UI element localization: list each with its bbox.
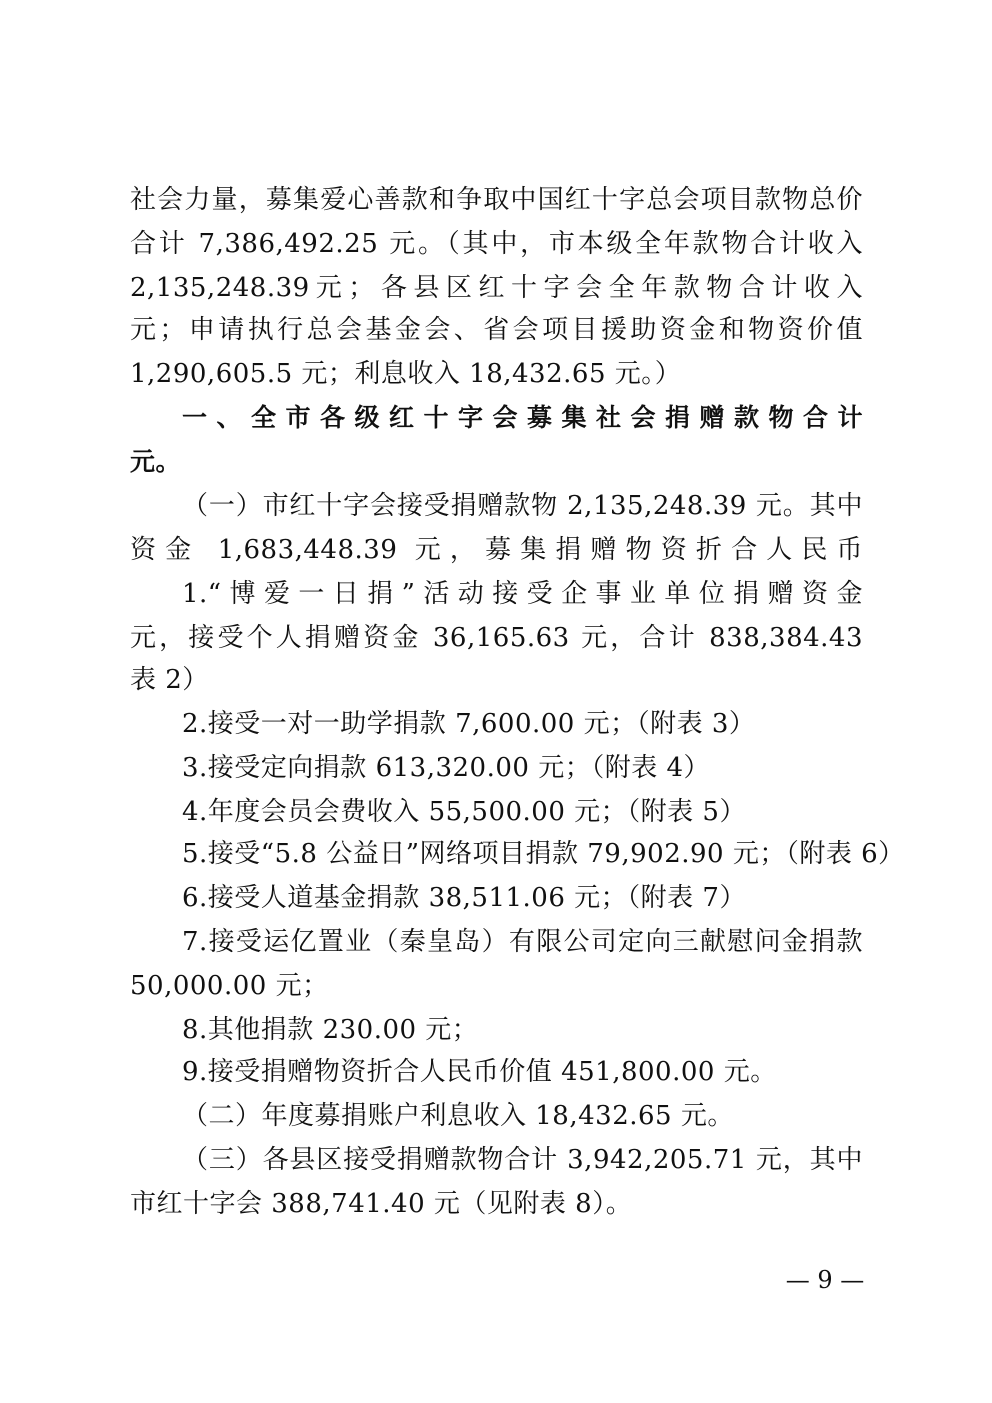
paragraph-line: 4.年度会员会费收入 55,500.00 元；（附表 5） xyxy=(182,792,863,832)
paragraph-line: 合计 7,386,492.25 元。（其中，市本级全年款物合计收入 xyxy=(130,224,863,264)
paragraph-line: 表 2） xyxy=(130,660,863,700)
paragraph-line: 资金 1,683,448.39 元，募集捐赠物资折合人民币 45,180.00 … xyxy=(130,530,863,570)
paragraph-line: 50,000.00 元； xyxy=(130,966,863,1006)
paragraph-line: 7.接受运亿置业（秦皇岛）有限公司定向三献慰问金捐款 xyxy=(182,922,863,962)
section-heading-line: 一、全市各级红十字会募集社会捐赠款物合计 6,095,886.75 xyxy=(182,398,863,438)
paragraph-line: 元，接受个人捐赠资金 36,165.63 元，合计 838,384.43 元；（… xyxy=(130,618,863,658)
paragraph-line: 1.“博爱一日捐”活动接受企事业单位捐赠资金 802,218.80 xyxy=(182,574,863,614)
paragraph-line: 元；申请执行总会基金会、省会项目援助资金和物资价值 xyxy=(130,310,863,350)
paragraph-line: 5.接受“5.8 公益日”网络项目捐款 79,902.90 元；（附表 6） xyxy=(182,834,863,874)
page-number: — 9 — xyxy=(775,1263,875,1297)
document-page: 社会力量，募集爱心善款和争取中国红十字总会项目款物总价值合计 7,386,492… xyxy=(0,0,992,1403)
paragraph-line: （二）年度募捐账户利息收入 18,432.65 元。 xyxy=(182,1096,863,1136)
paragraph-line: 8.其他捐款 230.00 元； xyxy=(182,1010,863,1050)
paragraph-line: 9.接受捐赠物资折合人民币价值 451,800.00 元。 xyxy=(182,1052,863,1092)
paragraph-line: 3.接受定向捐款 613,320.00 元；（附表 4） xyxy=(182,748,863,788)
paragraph-line: 1,290,605.5 元；利息收入 18,432.65 元。） xyxy=(130,354,863,394)
paragraph-line: （一）市红十字会接受捐赠款物 2,135,248.39 元。其中募集 xyxy=(182,486,863,526)
section-heading-line: 元。 xyxy=(130,442,863,482)
paragraph-line: 2,135,248.39元；各县区红十字会全年款物合计收入 3,942,205.… xyxy=(130,268,863,308)
paragraph-line: （三）各县区接受捐赠款物合计 3,942,205.71 元，其中汇缴 xyxy=(182,1140,863,1180)
paragraph-line: 2.接受一对一助学捐款 7,600.00 元；（附表 3） xyxy=(182,704,863,744)
paragraph-line: 社会力量，募集爱心善款和争取中国红十字总会项目款物总价值 xyxy=(130,180,863,220)
paragraph-line: 市红十字会 388,741.40 元（见附表 8）。 xyxy=(130,1184,863,1224)
paragraph-line: 6.接受人道基金捐款 38,511.06 元；（附表 7） xyxy=(182,878,863,918)
